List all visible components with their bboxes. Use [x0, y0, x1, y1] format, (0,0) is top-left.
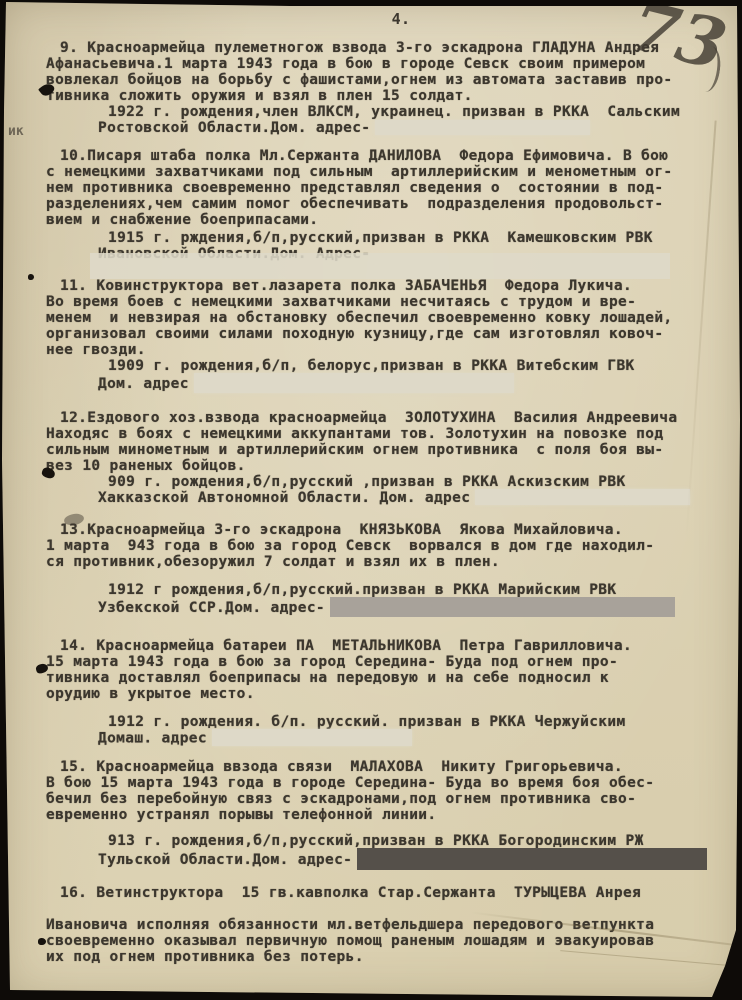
entry-body: 16. Ветинструктора 15 гв.кавполка Стар.С…	[46, 885, 722, 965]
entry-details: 909 г. рождения,б/п,русский ,призван в Р…	[46, 474, 722, 506]
entry-15: 15. Красноармейца ввзода связи МАЛАХОВА …	[46, 759, 722, 871]
redaction-block	[357, 848, 707, 870]
entries-list: 9. Красноармейца пулеметногож взвода 3-г…	[0, 40, 742, 965]
entry-detail-text: 1915 г. рждения,б/п,русский,призван в РК…	[98, 230, 653, 262]
entry-16: 16. Ветинструктора 15 гв.кавполка Стар.С…	[46, 885, 722, 965]
entry-body: 13.Красноармейца 3-го эскадрона КНЯЗЬКОВ…	[46, 522, 722, 570]
entry-body: 14. Красноармейца батареи ПА МЕТАЛЬНИКОВ…	[46, 638, 722, 702]
redaction-block	[212, 729, 412, 746]
entry-body: 9. Красноармейца пулеметногож взвода 3-г…	[46, 40, 722, 104]
entry-details: 1912 г рождения,б/п,русский.призван в РК…	[46, 582, 722, 618]
redaction-block	[375, 120, 590, 135]
entry-10: 10.Писаря штаба полка Мл.Сержанта ДАНИЛО…	[46, 148, 722, 262]
entry-details: 1922 г. рождения,член ВЛКСМ, украинец. п…	[46, 104, 722, 136]
entry-13: 13.Красноармейца 3-го эскадрона КНЯЗЬКОВ…	[46, 522, 722, 618]
ink-stain	[28, 274, 34, 280]
stray-marginal-text: ик	[8, 124, 24, 139]
entry-details: 1912 г. рождения. б/п. русский. призван …	[46, 714, 722, 747]
entry-body: 10.Писаря штаба полка Мл.Сержанта ДАНИЛО…	[46, 148, 722, 228]
entry-9: 9. Красноармейца пулеметногож взвода 3-г…	[46, 40, 722, 136]
ink-stain	[38, 938, 46, 945]
redaction-block	[194, 373, 514, 393]
entry-12: 12.Ездового хоз.взвода красноармейца ЗОЛ…	[46, 410, 722, 506]
entry-details: 1915 г. рждения,б/п,русский,призван в РК…	[46, 230, 722, 262]
redaction-block	[330, 597, 675, 617]
entry-14: 14. Красноармейца батареи ПА МЕТАЛЬНИКОВ…	[46, 638, 722, 747]
entry-body: 15. Красноармейца ввзода связи МАЛАХОВА …	[46, 759, 722, 823]
entry-body: 11. Ковинструктора вет.лазарета полка ЗА…	[46, 278, 722, 358]
entry-body: 12.Ездового хоз.взвода красноармейца ЗОЛ…	[46, 410, 722, 474]
redaction-block	[475, 489, 690, 505]
entry-11: 11. Ковинструктора вет.лазарета полка ЗА…	[46, 278, 722, 394]
entry-details: 913 г. рождения,б/п,русский,призван в РК…	[46, 833, 722, 871]
document-page: 4. 73 9. Красноармейца пулеметногож взво…	[0, 0, 742, 1000]
entry-details: 1909 г. рождения,б/п, белорус,призван в …	[46, 358, 722, 394]
